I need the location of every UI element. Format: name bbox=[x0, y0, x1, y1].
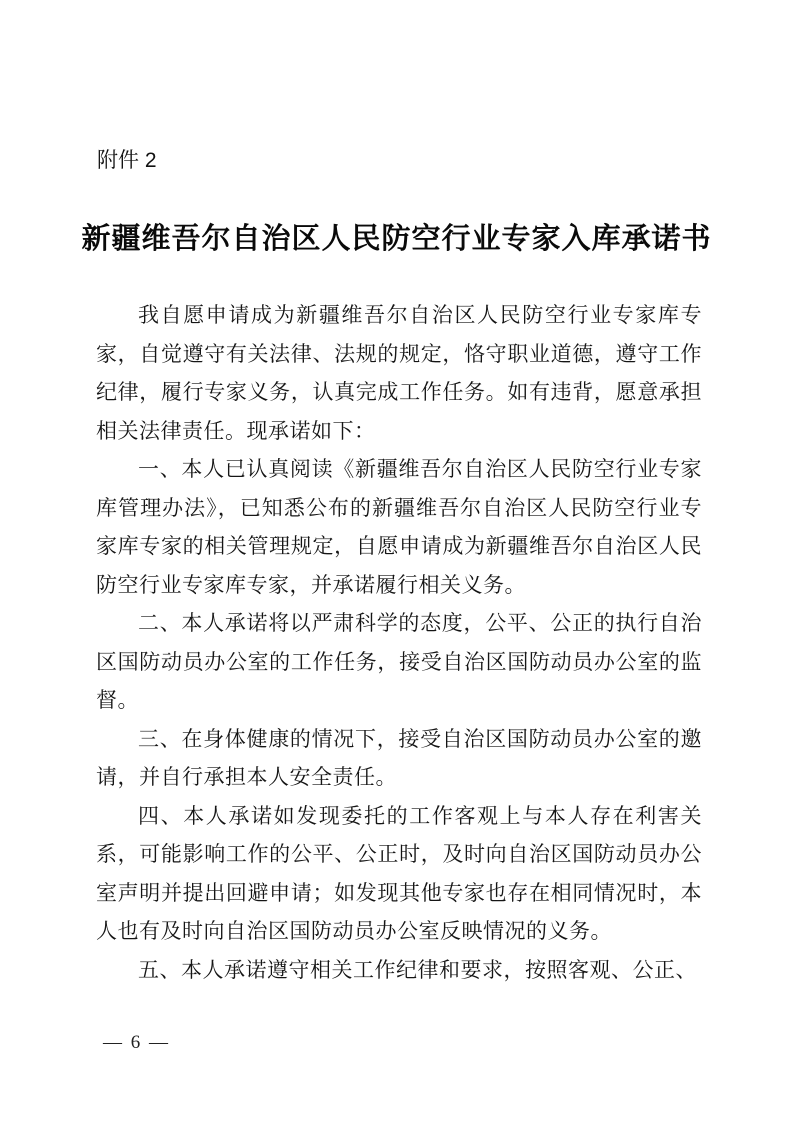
page-footer: — 6 — bbox=[103, 1032, 170, 1054]
body-paragraph: 三、在身体健康的情况下，接受自治区国防动员办公室的邀请，并自行承担本人安全责任。 bbox=[96, 720, 702, 797]
body-paragraph: 一、本人已认真阅读《新疆维吾尔自治区人民防空行业专家库管理办法》，已知悉公布的新… bbox=[96, 450, 702, 604]
document-title: 新疆维吾尔自治区人民防空行业专家入库承诺书 bbox=[0, 216, 793, 257]
document-body: 我自愿申请成为新疆维吾尔自治区人民防空行业专家库专家，自觉遵守有关法律、法规的规… bbox=[96, 296, 702, 989]
body-paragraph: 二、本人承诺将以严肃科学的态度，公平、公正的执行自治区国防动员办公室的工作任务，… bbox=[96, 604, 702, 720]
body-paragraph: 四、本人承诺如发现委托的工作客观上与本人存在利害关系，可能影响工作的公平、公正时… bbox=[96, 797, 702, 951]
body-paragraph: 我自愿申请成为新疆维吾尔自治区人民防空行业专家库专家，自觉遵守有关法律、法规的规… bbox=[96, 296, 702, 450]
body-paragraph: 五、本人承诺遵守相关工作纪律和要求，按照客观、公正、 bbox=[96, 951, 702, 990]
page-number: — 6 — bbox=[103, 1032, 170, 1053]
attachment-label: 附件 2 bbox=[97, 146, 157, 176]
document-page: 附件 2 新疆维吾尔自治区人民防空行业专家入库承诺书 我自愿申请成为新疆维吾尔自… bbox=[0, 0, 793, 1122]
